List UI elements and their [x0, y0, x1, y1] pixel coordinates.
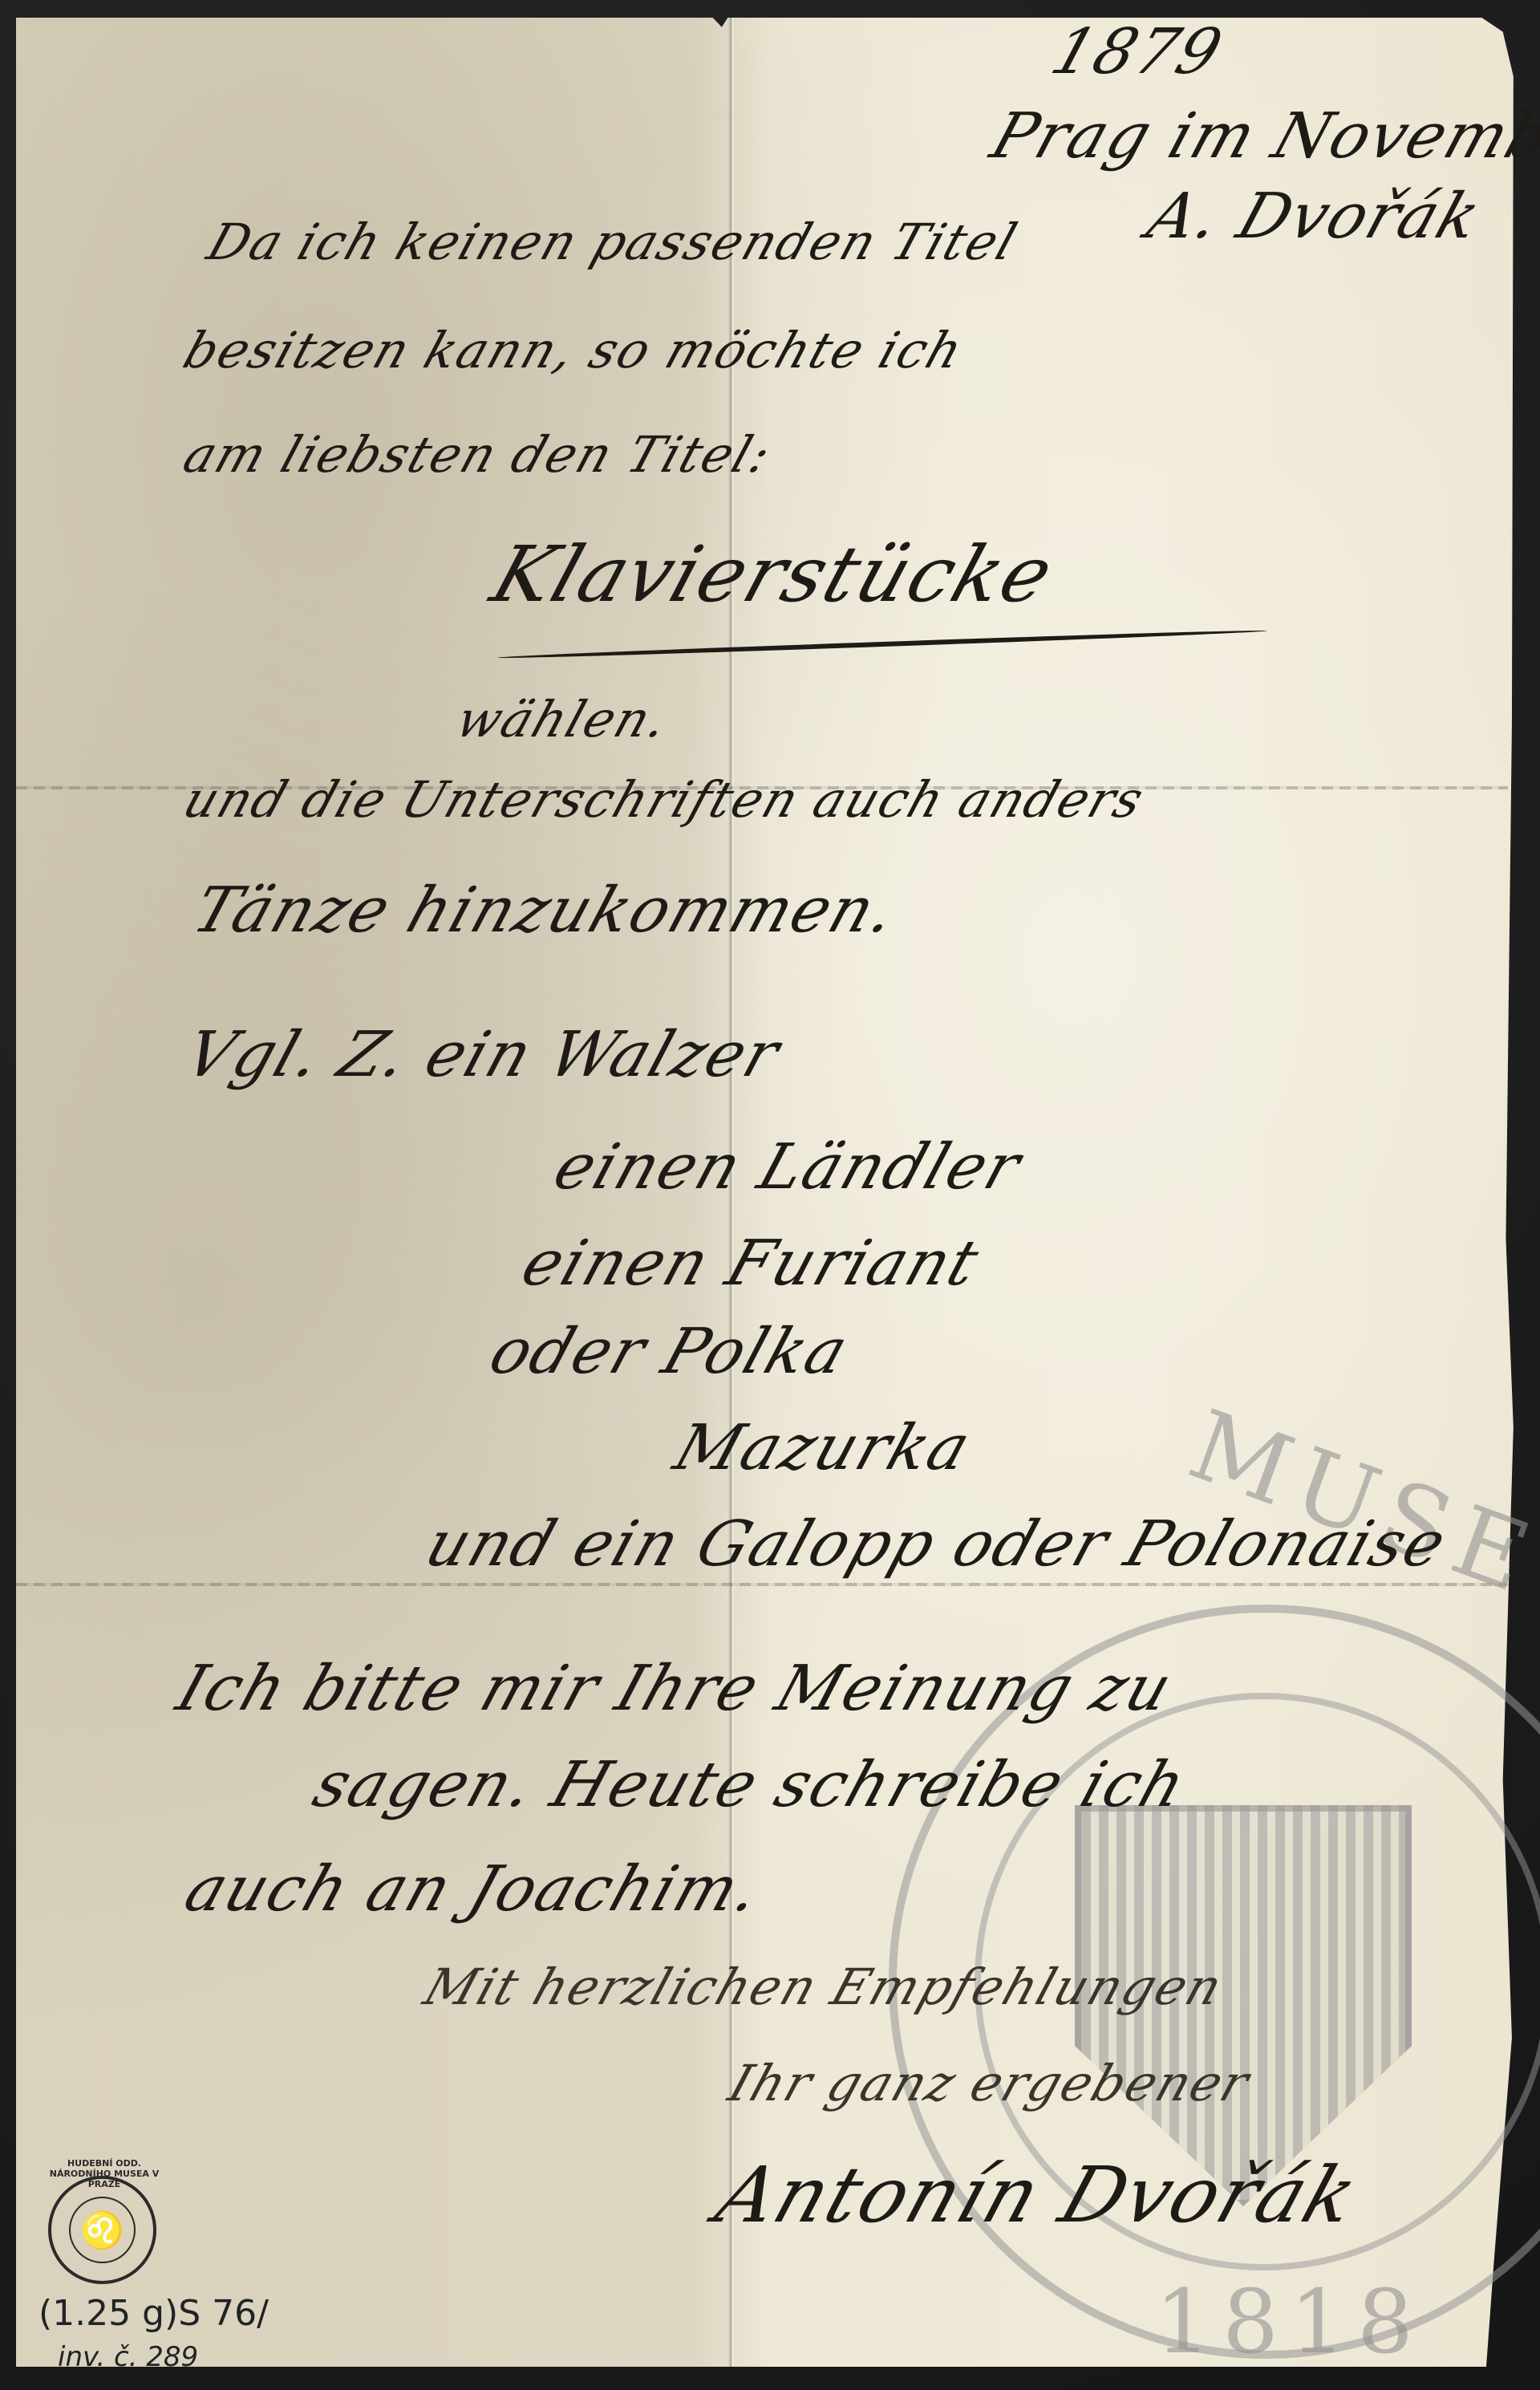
closing-line: Ihr ganz ergebener — [722, 2054, 1258, 2112]
body-line: sagen. Heute schreibe ich — [305, 1749, 1196, 1821]
lion-icon: ♌ — [69, 2197, 136, 2263]
body-line: am liebsten den Titel: — [176, 425, 780, 484]
body-line: einen Furiant — [513, 1227, 988, 1300]
body-line: Da ich keinen passenden Titel — [201, 213, 1025, 271]
body-line: Vgl. Z. ein Walzer — [176, 1019, 789, 1091]
body-line: einen Ländler — [545, 1131, 1031, 1203]
body-line: oder Polka — [481, 1316, 857, 1388]
body-line: Mazurka — [666, 1412, 980, 1484]
letter-place-date: Prag im November — [983, 100, 1540, 172]
body-line: und ein Galopp oder Polonaise — [417, 1508, 1456, 1580]
title-word: Klavierstücke — [481, 530, 1065, 619]
letter-year: 1879 — [1043, 16, 1232, 88]
body-line: wählen. — [449, 690, 677, 749]
body-line: Tänze hinzukommen. — [184, 874, 906, 947]
body-line: und die Unterschriften auch anders — [176, 770, 1152, 829]
horizontal-fold-line — [16, 1583, 1508, 1586]
closing-line: Mit herzlichen Empfehlungen — [417, 1958, 1231, 2016]
body-line: besitzen kann, so möchte ich — [176, 321, 971, 379]
signature: Antonín Dvořák — [706, 2150, 1369, 2240]
letter-sender-note: A. Dvořák — [1139, 181, 1490, 253]
seal-year: 1818 — [1155, 2270, 1424, 2373]
shelfmark-line: (1.25 g)S 76/ — [38, 2293, 269, 2334]
inventory-number: inv. č. 289 — [58, 2341, 198, 2373]
body-line: auch an Joachim. — [176, 1853, 771, 1925]
archive-stamp-text: HUDEBNÍ ODD. NÁRODNÍHO MUSEA V PRAZE — [40, 2158, 168, 2189]
body-line: Ich bitte mir Ihre Meinung zu — [168, 1653, 1181, 1725]
